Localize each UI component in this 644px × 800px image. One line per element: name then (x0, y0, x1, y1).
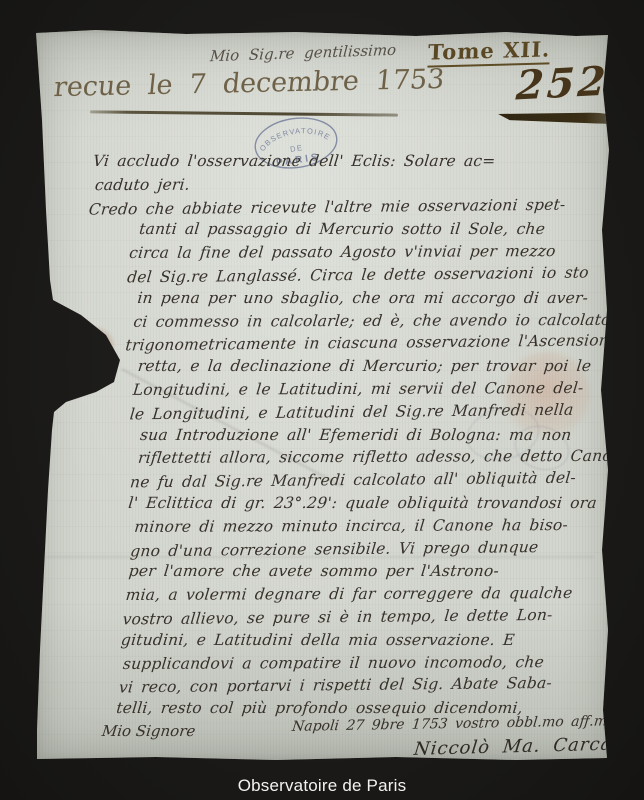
letter-body: Vi accludo l'osservazione dell' Eclis: S… (87, 149, 601, 721)
letter-line: in pena per uno sbaglio, che ora mi acco… (136, 287, 600, 310)
letter-line: del Sig.re Langlassé. Circa le dette oss… (126, 261, 600, 289)
letter-line: ne fu dal Sig.re Manfredi calcolato all'… (129, 467, 601, 495)
folio-underline-stroke (498, 110, 643, 125)
manuscript-page: Mio Sig.re gentilissimo Tome XII. recue … (36, 30, 609, 761)
letter-line: retta, e la declinazione di Mercurio; pe… (137, 355, 601, 378)
letter-line: le Longitudini, e Latitudini del Sig.re … (129, 398, 601, 426)
letter-line: gitudini, e Latitudini della mia osserva… (120, 629, 602, 652)
letter-line: l' Eclittica di gr. 23°.29': quale obliq… (127, 492, 601, 515)
letter-line: minore di mezzo minuto incirca, il Canon… (133, 514, 601, 539)
folio-number: 252 (515, 57, 610, 109)
letter-line: Longitudini, e le Latitudini, mi servii … (132, 377, 601, 402)
caption: Observatoire de Paris (0, 776, 644, 796)
letter-line: sua Introduzione all' Efemeridi di Bolog… (139, 423, 601, 446)
letter-line: vostro allievo, se pure si è in tempo, l… (122, 603, 602, 631)
letter-line: trigonometricamente in ciascuna osservaz… (124, 330, 600, 358)
letter-line: mia, a volermi degnare di far correggere… (125, 582, 602, 607)
letter-line: vi reco, con portarvi i rispetti del Sig… (118, 672, 602, 700)
letter-line: tanti al passaggio di Mercurio sotto il … (138, 218, 600, 241)
signature: Niccolò Ma. Carcani (413, 733, 633, 760)
closing-salutation: Mio Signore (101, 722, 197, 740)
salutation-line: Mio Sig.re gentilissimo (209, 41, 396, 66)
letter-line: gno d'una correzione sensibile. Vi prego… (129, 535, 601, 563)
letter-line: caduto jeri. (94, 172, 600, 197)
letter-line: per l'amore che avete sommo per l'Astron… (128, 560, 602, 583)
letter-line: Credo che abbiate ricevute l'altre mie o… (88, 193, 600, 221)
received-date-annotation: recue le 7 decembre 1753 (52, 64, 445, 103)
received-underline (90, 110, 398, 116)
letter-line: Vi accludo l'osservazione dell' Eclis: S… (92, 150, 600, 173)
photo-mount: Mio Sig.re gentilissimo Tome XII. recue … (0, 0, 644, 800)
